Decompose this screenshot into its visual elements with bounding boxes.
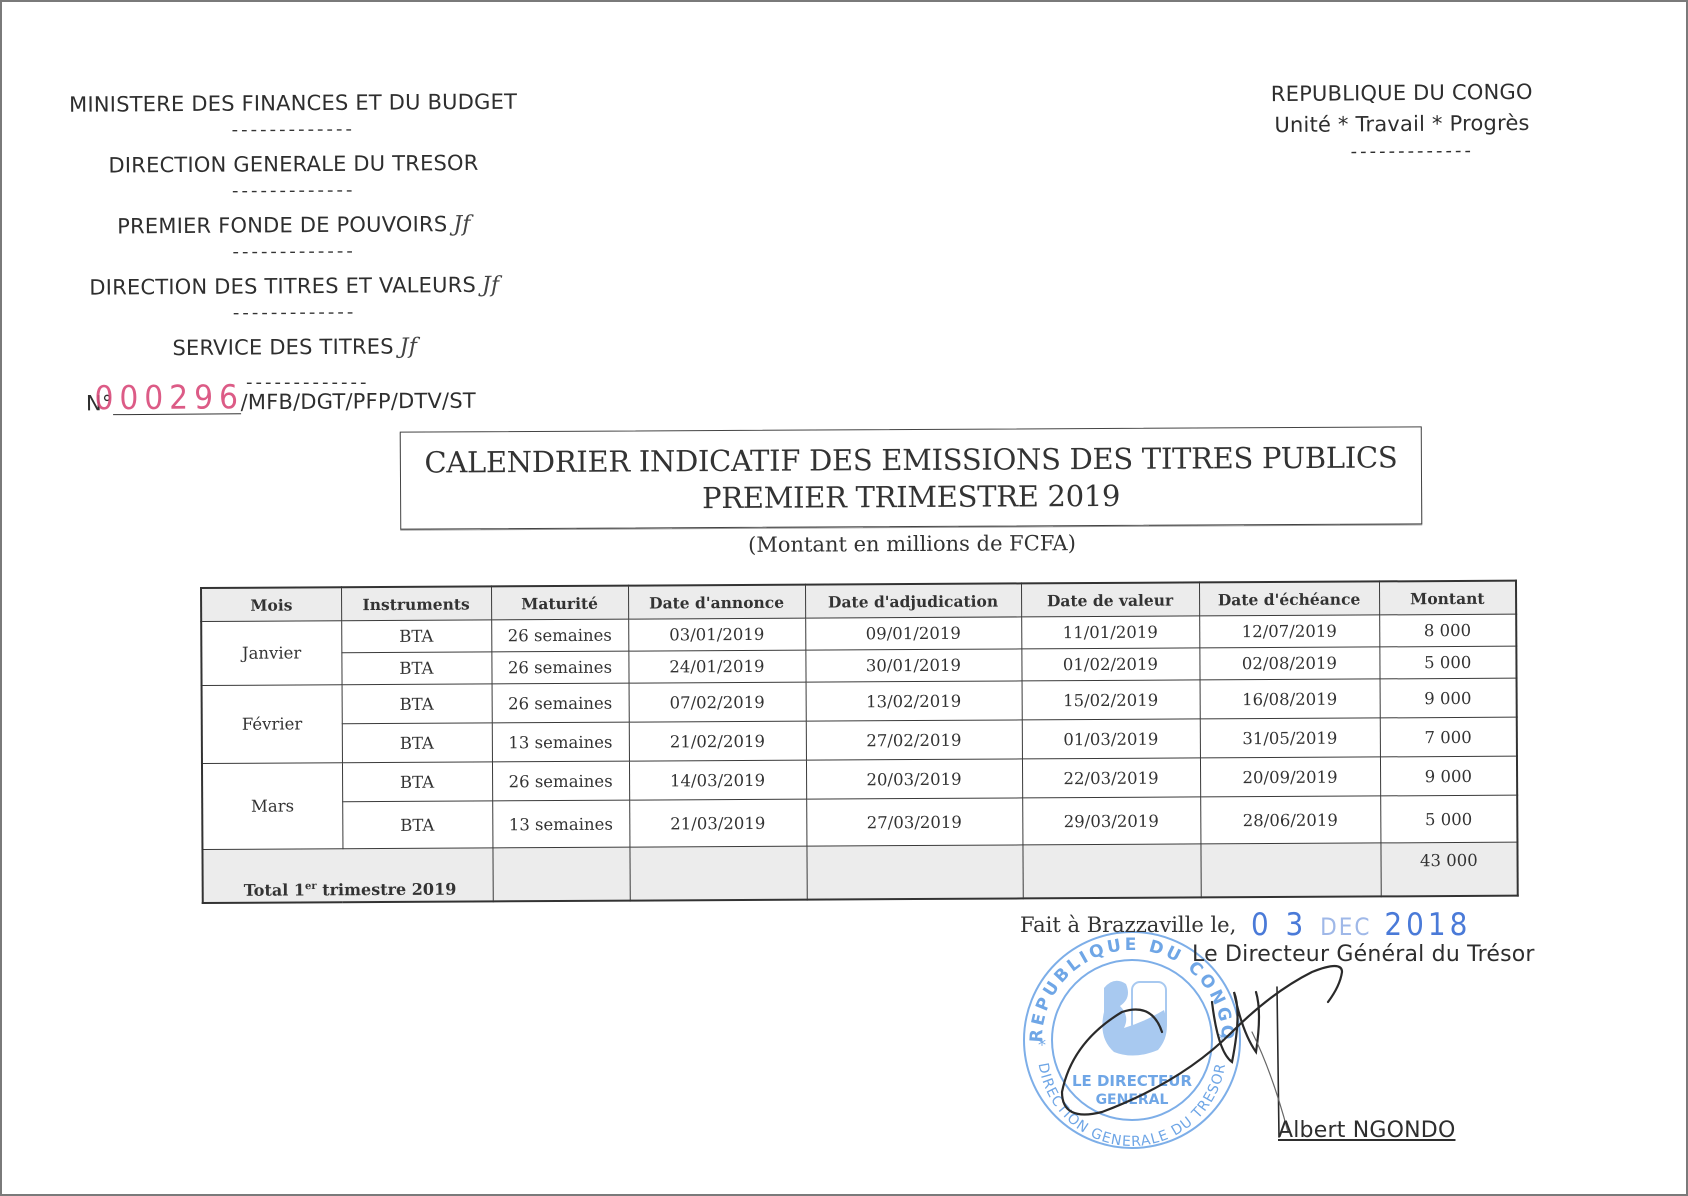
empty-cell bbox=[629, 846, 806, 900]
empty-cell bbox=[492, 847, 629, 901]
value-date-cell: 22/03/2019 bbox=[1022, 758, 1200, 798]
total-label-sup: er bbox=[305, 881, 317, 892]
initial-mark: Jf bbox=[453, 212, 471, 237]
auction-date-cell: 09/01/2019 bbox=[805, 617, 1021, 650]
document-period: PREMIER TRIMESTRE 2019 bbox=[401, 475, 1421, 518]
empty-cell bbox=[1022, 844, 1200, 898]
auction-date-cell: 27/03/2019 bbox=[806, 798, 1022, 846]
column-header: Date d'adjudication bbox=[805, 583, 1021, 618]
empty-cell bbox=[806, 845, 1022, 900]
announce-date-cell: 07/02/2019 bbox=[629, 682, 806, 722]
document-title-box: CALENDRIER INDICATIF DES EMISSIONS DES T… bbox=[400, 426, 1422, 529]
country-name: REPUBLIQUE DU CONGO bbox=[1252, 77, 1552, 111]
value-date-cell: 01/02/2019 bbox=[1021, 648, 1199, 681]
announce-date-cell: 21/03/2019 bbox=[629, 799, 806, 847]
initial-mark: Jf bbox=[400, 334, 418, 359]
column-header: Montant bbox=[1379, 581, 1516, 615]
value-date-cell: 01/03/2019 bbox=[1022, 719, 1200, 759]
signer-name: Albert NGONDO bbox=[1278, 1118, 1455, 1143]
maturity-cell: 26 semaines bbox=[491, 619, 628, 652]
instrument-cell: BTA bbox=[341, 620, 491, 653]
document-title: CALENDRIER INDICATIF DES EMISSIONS DES T… bbox=[401, 439, 1421, 480]
ministry-name: MINISTERE DES FINANCES ET DU BUDGET bbox=[38, 86, 548, 121]
month-cell: Février bbox=[202, 685, 342, 764]
date-stamp-year: 2018 bbox=[1384, 907, 1471, 943]
number-stamp: 000296 bbox=[94, 377, 244, 417]
auction-date-cell: 13/02/2019 bbox=[806, 681, 1022, 721]
office-name: PREMIER FONDE DE POUVOIRSJf bbox=[39, 208, 549, 243]
value-date-cell: 15/02/2019 bbox=[1022, 680, 1200, 720]
maturity-date-cell: 28/06/2019 bbox=[1200, 796, 1380, 844]
document-page: MINISTERE DES FINANCES ET DU BUDGET ----… bbox=[2, 2, 1686, 1194]
announce-date-cell: 21/02/2019 bbox=[629, 721, 806, 761]
auction-date-cell: 30/01/2019 bbox=[805, 649, 1021, 682]
announce-date-cell: 03/01/2019 bbox=[628, 618, 805, 651]
separator: ------------- bbox=[1272, 139, 1552, 165]
national-motto: Unité * Travail * Progrès bbox=[1252, 108, 1552, 142]
issuer-header: MINISTERE DES FINANCES ET DU BUDGET ----… bbox=[38, 86, 550, 365]
column-header: Instruments bbox=[341, 586, 491, 620]
total-label-text: trimestre 2019 bbox=[317, 880, 457, 900]
total-label: Total 1er trimestre 2019 bbox=[202, 848, 492, 903]
table-row: BTA 13 semaines 21/03/2019 27/03/2019 29… bbox=[202, 795, 1517, 849]
amount-cell: 5 000 bbox=[1379, 646, 1516, 679]
svg-text:*: * bbox=[1038, 1035, 1046, 1054]
maturity-date-cell: 16/08/2019 bbox=[1200, 679, 1380, 719]
department-label: DIRECTION DES TITRES ET VALEURS bbox=[89, 273, 476, 300]
instrument-cell: BTA bbox=[342, 684, 492, 724]
reference-number: N°000296/MFB/DGT/PFP/DTV/ST bbox=[86, 389, 476, 416]
amount-cell: 9 000 bbox=[1380, 678, 1517, 718]
service-label: SERVICE DES TITRES bbox=[172, 335, 393, 361]
handwritten-signature-icon bbox=[1052, 922, 1372, 1142]
maturity-cell: 26 semaines bbox=[492, 683, 629, 723]
initial-mark: Jf bbox=[482, 273, 500, 298]
maturity-cell: 26 semaines bbox=[492, 761, 629, 801]
directorate-name: DIRECTION GENERALE DU TRESOR bbox=[38, 147, 548, 182]
amount-cell: 8 000 bbox=[1379, 614, 1516, 647]
issuance-calendar-table: Mois Instruments Maturité Date d'annonce… bbox=[200, 580, 1519, 904]
auction-date-cell: 27/02/2019 bbox=[806, 720, 1022, 760]
total-row: Total 1er trimestre 2019 43 000 bbox=[202, 842, 1517, 903]
separator: ------------- bbox=[39, 239, 549, 273]
column-header: Date de valeur bbox=[1021, 582, 1199, 616]
column-header: Maturité bbox=[491, 586, 628, 620]
department-name: DIRECTION DES TITRES ET VALEURSJf bbox=[39, 269, 549, 304]
maturity-cell: 13 semaines bbox=[492, 800, 629, 848]
instrument-cell: BTA bbox=[342, 762, 492, 802]
value-date-cell: 29/03/2019 bbox=[1022, 797, 1200, 845]
maturity-cell: 26 semaines bbox=[491, 651, 628, 684]
amount-cell: 7 000 bbox=[1380, 717, 1517, 757]
instrument-cell: BTA bbox=[342, 801, 492, 849]
office-label: PREMIER FONDE DE POUVOIRS bbox=[117, 212, 447, 238]
maturity-date-cell: 20/09/2019 bbox=[1200, 757, 1380, 797]
maturity-date-cell: 31/05/2019 bbox=[1200, 718, 1380, 758]
service-name: SERVICE DES TITRESJf bbox=[40, 330, 550, 365]
total-label-text: Total 1 bbox=[244, 880, 305, 899]
instrument-cell: BTA bbox=[342, 723, 492, 763]
maturity-date-cell: 02/08/2019 bbox=[1199, 647, 1379, 680]
maturity-date-cell: 12/07/2019 bbox=[1199, 615, 1379, 648]
empty-cell bbox=[1200, 843, 1380, 898]
column-header: Date d'échéance bbox=[1199, 581, 1379, 616]
announce-date-cell: 24/01/2019 bbox=[628, 650, 805, 683]
auction-date-cell: 20/03/2019 bbox=[806, 759, 1022, 799]
month-cell: Janvier bbox=[201, 621, 341, 686]
announce-date-cell: 14/03/2019 bbox=[629, 760, 806, 800]
amount-unit-note: (Montant en millions de FCFA) bbox=[702, 531, 1122, 557]
column-header: Date d'annonce bbox=[628, 585, 805, 619]
maturity-cell: 13 semaines bbox=[492, 722, 629, 762]
column-header: Mois bbox=[201, 587, 341, 621]
separator: ------------- bbox=[39, 178, 549, 212]
number-blank: 000296 bbox=[113, 391, 241, 415]
reference-suffix: /MFB/DGT/PFP/DTV/ST bbox=[241, 389, 476, 415]
amount-cell: 9 000 bbox=[1380, 756, 1517, 796]
instrument-cell: BTA bbox=[341, 652, 491, 685]
separator: ------------- bbox=[38, 117, 548, 151]
separator: ------------- bbox=[39, 300, 549, 334]
month-cell: Mars bbox=[202, 763, 342, 850]
total-amount: 43 000 bbox=[1380, 842, 1517, 896]
country-header: REPUBLIQUE DU CONGO Unité * Travail * Pr… bbox=[1252, 77, 1553, 166]
value-date-cell: 11/01/2019 bbox=[1021, 616, 1199, 649]
amount-cell: 5 000 bbox=[1380, 795, 1517, 843]
